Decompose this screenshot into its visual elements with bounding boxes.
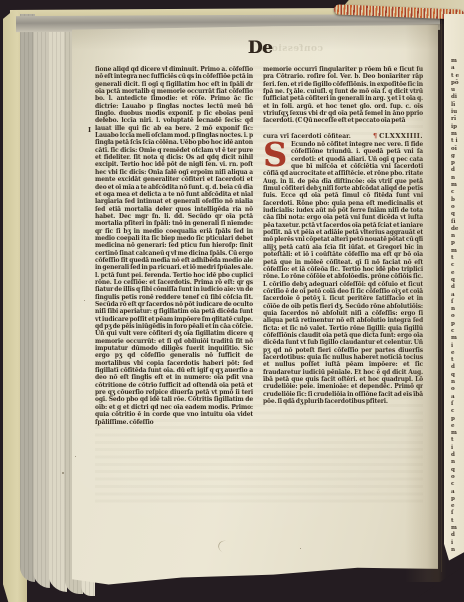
- right-column-paragraph: Ecundo nō cōfitet integre nec vere. ſi f…: [263, 141, 423, 405]
- recto-clipped-text: mat epōudilīiurīipmt ioīgpdnmcboqſidenpm…: [451, 58, 464, 558]
- margin-mark: I: [88, 126, 91, 134]
- paper-speck: [84, 300, 85, 301]
- pilcrow-icon: ¶: [373, 132, 377, 140]
- right-text-column-body: SEcundo nō cōfitet integre nec vere. ſi …: [263, 141, 423, 503]
- folio-number-line: cura vrī ſacerdoti cōfitear. ¶CLXXXIIII.: [263, 133, 423, 141]
- right-text-column-top: memorie occurrī ſingulariter p rōem bñ e…: [263, 66, 423, 132]
- paper-speck: [75, 456, 76, 457]
- recto-page-sliver: mat epōudilīiurīipmt ioīgpdnmcboqſidenpm…: [444, 14, 464, 566]
- paper-speck: [300, 548, 301, 549]
- folio-line-text: cura vrī ſacerdoti cōfitear.: [263, 133, 351, 140]
- gutter-crease: [441, 20, 442, 572]
- left-text-column: ſione aliqd qd dicere vł diminuit. Primo…: [95, 66, 253, 503]
- rubricated-initial: S: [263, 142, 288, 170]
- book-photo: confessione De I ſione aliqd qd dicere v…: [0, 0, 464, 602]
- paper-speck: [62, 472, 64, 474]
- running-title: De: [230, 38, 290, 58]
- gutter-shadow: [405, 24, 449, 582]
